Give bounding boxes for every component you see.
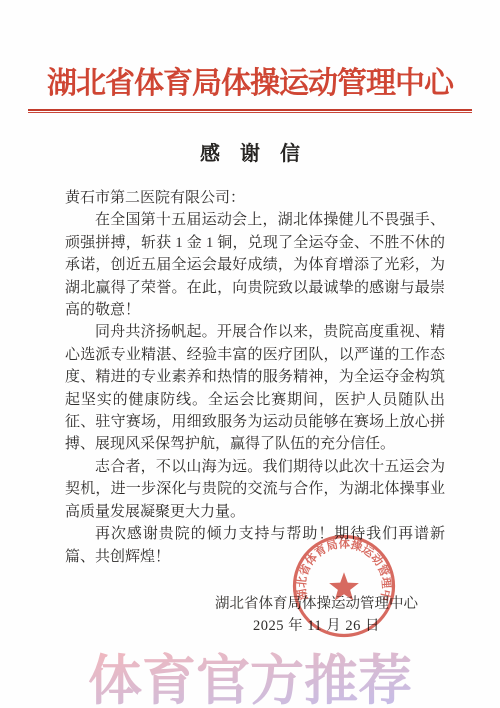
salutation: 黄石市第二医院有限公司：: [65, 187, 445, 209]
signature-org: 湖北省体育局体操运动管理中心: [215, 593, 418, 615]
letter-body: 黄石市第二医院有限公司： 在全国第十五届运动会上，湖北体操健儿不畏强手、顽强拼搏…: [65, 187, 445, 568]
letterhead-divider: [28, 109, 472, 113]
signature-area: 湖北省体育局体操运动管理中心 2025 年 11 月 26 日: [0, 593, 500, 637]
paragraph-1: 在全国第十五届运动会上，湖北体操健儿不畏强手、顽强拼搏，斩获 1 金 1 铜，兑…: [65, 209, 445, 321]
signature-date: 2025 年 11 月 26 日: [215, 615, 418, 637]
letter-page: 湖北省体育局体操运动管理中心 感谢信 黄石市第二医院有限公司： 在全国第十五届运…: [0, 0, 500, 708]
bottom-watermark: 体育官方推荐: [0, 638, 500, 708]
letterhead-title: 湖北省体育局体操运动管理中心: [0, 0, 500, 102]
signature-block: 湖北省体育局体操运动管理中心 2025 年 11 月 26 日: [215, 593, 418, 637]
paragraph-2: 同舟共济扬帆起。开展合作以来，贵院高度重视、精心选派专业精湛、经验丰富的医疗团队…: [65, 321, 445, 455]
letter-title: 感谢信: [0, 137, 500, 166]
paragraph-3: 志合者，不以山海为远。我们期待以此次十五运会为契机，进一步深化与贵院的交流与合作…: [65, 456, 445, 523]
paragraph-4: 再次感谢贵院的倾力支持与帮助！期待我们再谱新篇、共创辉煌！: [65, 523, 445, 568]
